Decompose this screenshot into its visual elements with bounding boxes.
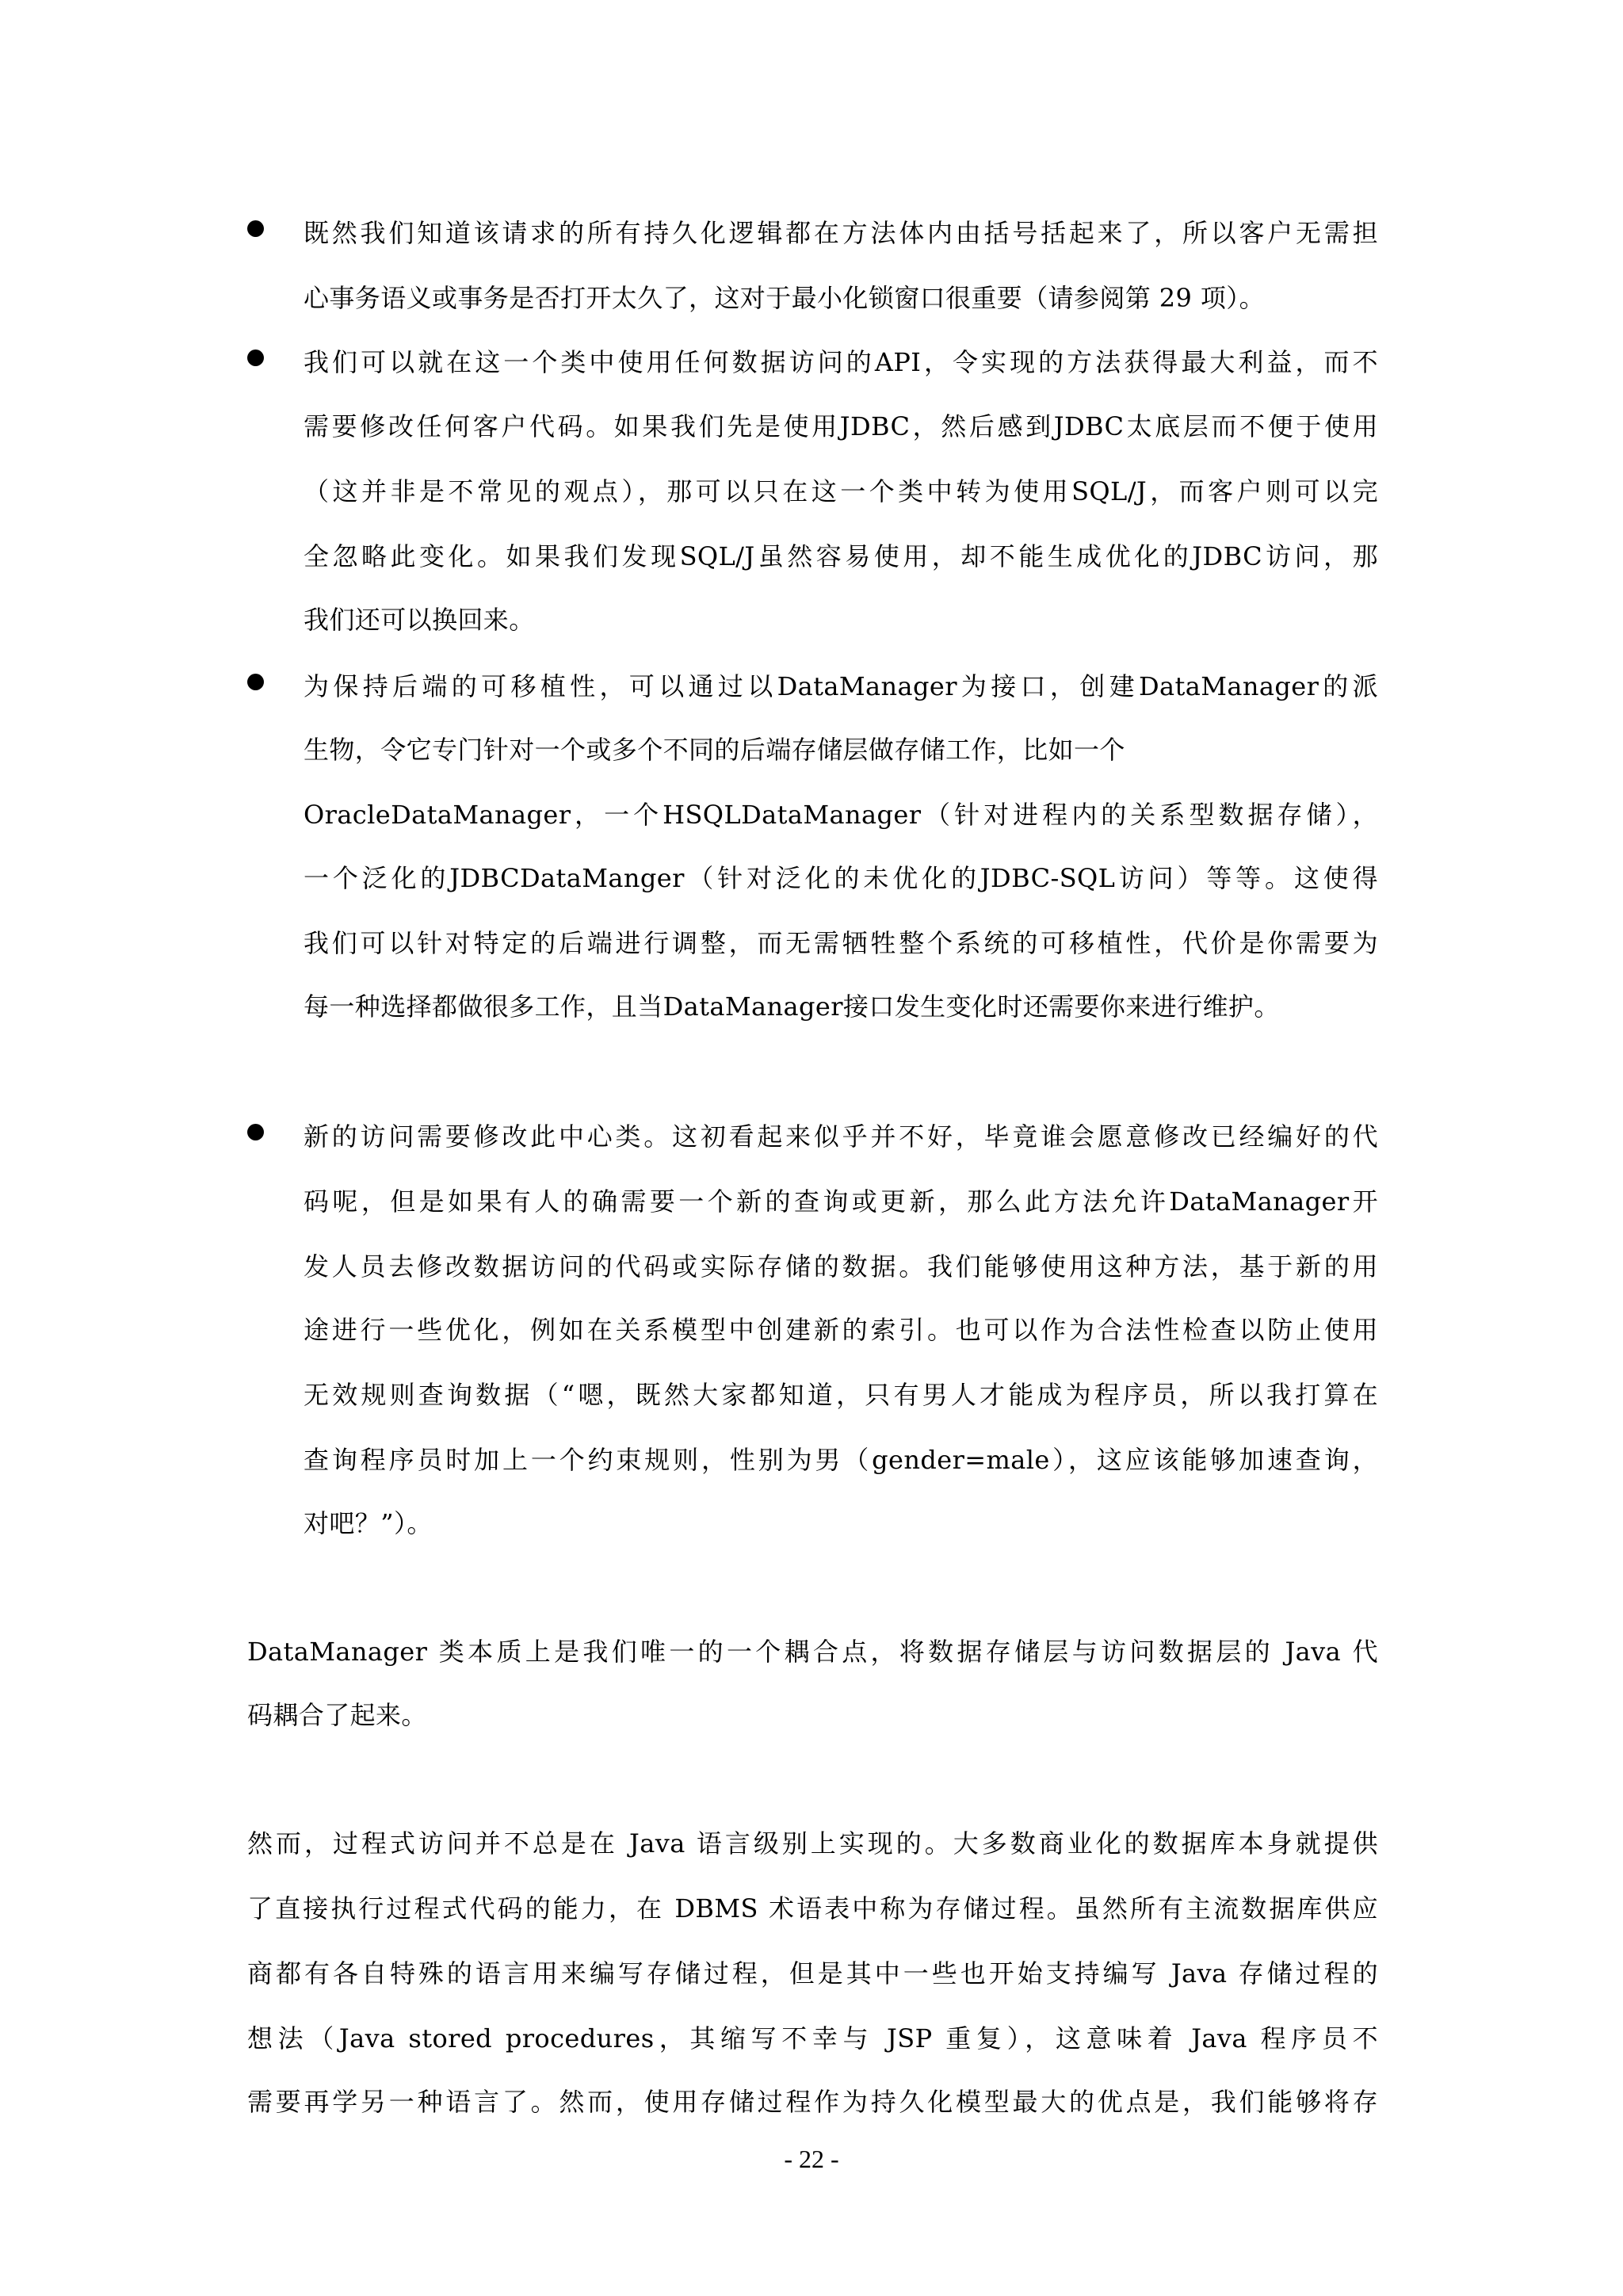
paragraph-2-line-3: 商都有各自特殊的语言用来编写存储过程，但是其中一些也开始支持编写 Java 存储… [247, 1941, 1378, 2006]
bullet-1-line-2: 心事务语义或事务是否打开太久了，这对于最小化锁窗口很重要（请参阅第 29 项）。 [304, 266, 1378, 330]
bullet-3-line-5: 我们可以针对特定的后端进行调整，而无需牺牲整个系统的可移植性，代价是你需要为 [304, 911, 1378, 976]
bullet-4-line-6: 查询程序员时加上一个约束规则，性别为男（gender=male），这应该能够加速… [304, 1427, 1378, 1492]
paragraph-2-line-5: 需要再学另一种语言了。然而，使用存储过程作为持久化模型最大的优点是，我们能够将存 [247, 2069, 1378, 2134]
bullet-4-line-1: 新的访问需要修改此中心类。这初看起来似乎并不好，毕竟谁会愿意修改已经编好的代 [304, 1104, 1378, 1169]
paragraph-1-line-2: 码耦合了起来。 [247, 1683, 1378, 1748]
bullet-3-line-3: OracleDataManager，一个HSQLDataManager（针对进程… [304, 782, 1378, 847]
bullet-3-line-1: 为保持后端的可移植性，可以通过以DataManager为接口，创建DataMan… [304, 654, 1378, 719]
paragraph-2-line-1: 然而，过程式访问并不总是在 Java 语言级别上实现的。大多数商业化的数据库本身… [247, 1811, 1378, 1876]
paragraph-1-line-1: DataManager 类本质上是我们唯一的一个耦合点，将数据存储层与访问数据层… [247, 1619, 1378, 1684]
bullet-2-line-3: （这并非是不常见的观点），那可以只在这一个类中转为使用SQL/J，而客户则可以完 [304, 459, 1378, 524]
bullet-1-line-1: 既然我们知道该请求的所有持久化逻辑都在方法体内由括号括起来了，所以客户无需担 [304, 201, 1378, 266]
bullet-2-line-4: 全忽略此变化。如果我们发现SQL/J虽然容易使用，却不能生成优化的JDBC访问，… [304, 524, 1378, 589]
bullet-icon [247, 1124, 264, 1140]
bullet-2-line-5: 我们还可以换回来。 [304, 587, 1378, 652]
bullet-2-line-2: 需要修改任何客户代码。如果我们先是使用JDBC，然后感到JDBC太底层而不便于使… [304, 394, 1378, 459]
bullet-icon [247, 350, 264, 366]
bullet-icon [247, 674, 264, 690]
bullet-3-line-4: 一个泛化的JDBCDataManger（针对泛化的未优化的JDBC-SQL访问）… [304, 846, 1378, 911]
paragraph-2-line-2: 了直接执行过程式代码的能力，在 DBMS 术语表中称为存储过程。虽然所有主流数据… [247, 1876, 1378, 1941]
bullet-2-line-1: 我们可以就在这一个类中使用任何数据访问的API，令实现的方法获得最大利益，而不 [304, 330, 1378, 395]
bullet-4-line-2: 码呢，但是如果有人的确需要一个新的查询或更新，那么此方法允许DataManage… [304, 1169, 1378, 1234]
page-number: - 22 - [0, 2145, 1623, 2174]
bullet-icon [247, 220, 264, 237]
bullet-3-line-2: 生物，令它专门针对一个或多个不同的后端存储层做存储工作，比如一个 [304, 717, 1378, 782]
bullet-4-line-3: 发人员去修改数据访问的代码或实际存储的数据。我们能够使用这种方法，基于新的用 [304, 1234, 1378, 1299]
bullet-4-line-7: 对吧？”）。 [304, 1491, 1378, 1556]
document-page: 既然我们知道该请求的所有持久化逻辑都在方法体内由括号括起来了，所以客户无需担 心… [0, 0, 1623, 2296]
paragraph-2-line-4: 想法（Java stored procedures，其缩写不幸与 JSP 重复）… [247, 2006, 1378, 2071]
bullet-4-line-5: 无效规则查询数据（“嗯，既然大家都知道，只有男人才能成为程序员，所以我打算在 [304, 1362, 1378, 1427]
bullet-4-line-4: 途进行一些优化，例如在关系模型中创建新的索引。也可以作为合法性检查以防止使用 [304, 1297, 1378, 1362]
bullet-3-line-6: 每一种选择都做很多工作，且当DataManager接口发生变化时还需要你来进行维… [304, 974, 1378, 1039]
